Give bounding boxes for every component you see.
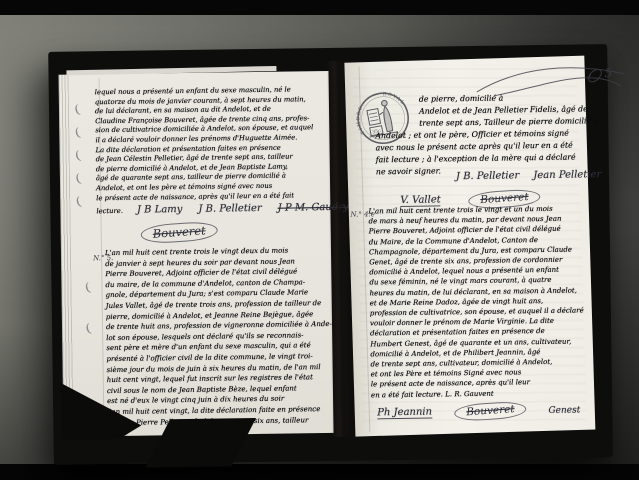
signature: J B. Pelletier [456, 170, 519, 182]
register-scan-photo: ((((( lequel nous a présenté un enfant d… [0, 0, 639, 480]
signature: J B. Pelletier [198, 203, 261, 215]
folio-number: 5 [604, 66, 612, 80]
signature-bouveret: Bouveret [140, 221, 218, 245]
left-page-act-ending: lequel nous a présenté un enfant du sexe… [95, 85, 327, 217]
signature-row: J B LamyJ B. PelletierJ P M. Gaudry [137, 202, 349, 216]
inline-signatures: J B. PelletierJean Pelletier [456, 169, 601, 182]
film-border-bottom [0, 464, 639, 480]
signature-jeannin: Ph Jeannin [377, 406, 432, 419]
open-register-book: ((((( lequel nous a présenté un enfant d… [52, 51, 602, 451]
margin-flourishes: (( [85, 280, 90, 336]
right-page-act-ending: de pierre, domicilié àAndelot et de Jean… [375, 92, 578, 179]
closing-signature-row: Ph Jeannin Bouveret Genest [377, 401, 580, 421]
signature-genest: Genest [548, 405, 580, 415]
signature: J B Lamy [137, 204, 183, 216]
film-border-top [0, 0, 639, 15]
left-page-act-body: L'an mil huit cent trente trois le vingt… [105, 245, 333, 428]
signature-bouveret: Bouveret [454, 400, 527, 422]
signature: Jean Pelletier [533, 169, 601, 181]
officer-paraph-signature: Bouveret [141, 221, 218, 243]
lecture-word: lecture. [96, 207, 123, 217]
right-page-act-body: L'an mil huit cent trente trois le vingt… [368, 203, 585, 400]
